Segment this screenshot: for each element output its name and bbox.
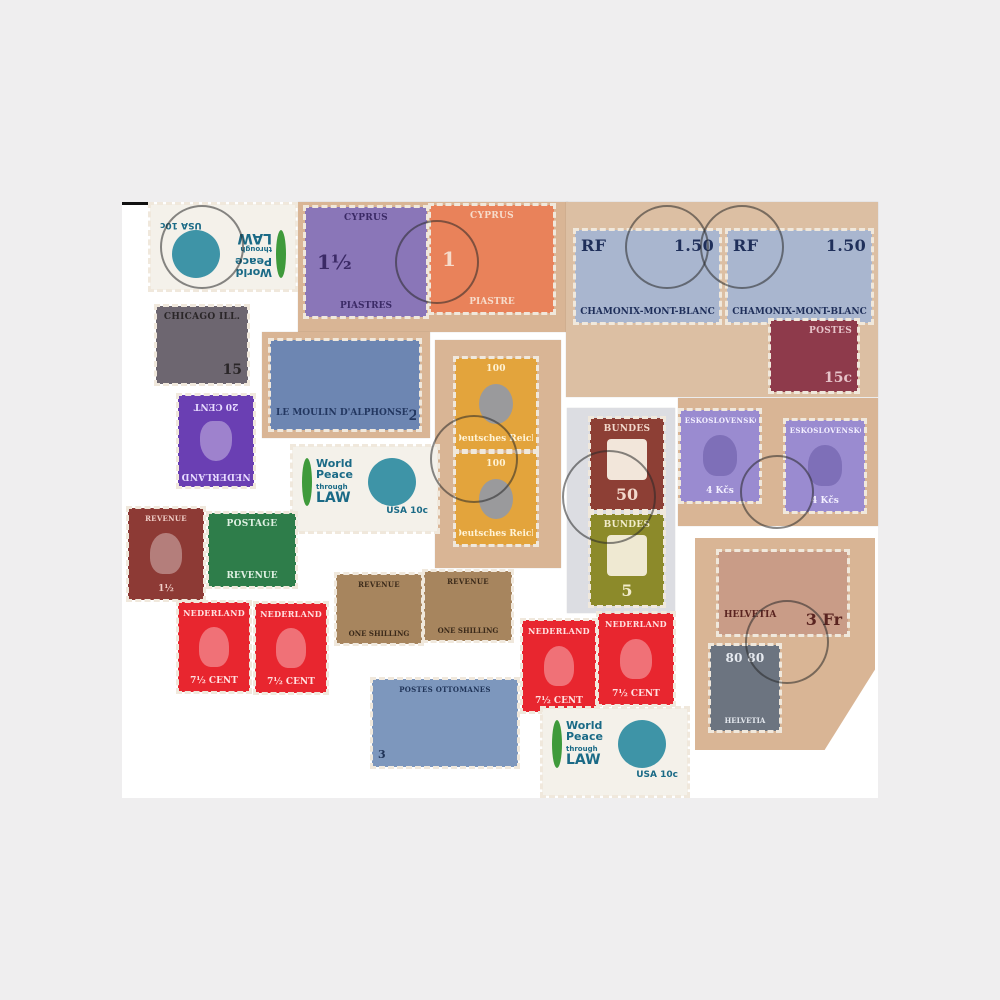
- stamp-country: RF: [581, 236, 606, 255]
- stamp-caption: LE MOULIN D'ALPHONSE: [276, 408, 408, 424]
- stamp-value: USA 10c: [636, 770, 678, 780]
- wp-line4: LAW: [237, 230, 272, 246]
- stamp-value: USA 10c: [386, 506, 428, 516]
- stamp-value: 2: [408, 408, 418, 424]
- soldier-portrait: [808, 445, 841, 485]
- olive-branch-icon: [302, 458, 312, 506]
- stamp-country: Deutsches Reich: [455, 529, 537, 541]
- stamp-cyprus-1-5: CYPRUS 1½ PIASTRES: [305, 207, 427, 317]
- stamp-country: BUNDES: [602, 422, 653, 434]
- stamp-turkey-3: POSTES OTTOMANES 3: [372, 679, 518, 767]
- stamp-helvetia-3fr: HELVETIA3 Fr: [718, 551, 848, 635]
- queen-portrait: [620, 639, 651, 679]
- wp-line4: LAW: [316, 490, 351, 506]
- stamp-value: ONE SHILLING: [347, 629, 412, 640]
- stamp-country: NEDERLAND: [179, 471, 252, 483]
- olive-branch-icon: [552, 720, 562, 768]
- stamp-nederland-7-5-4: NEDERLAND 7½ CENT: [598, 613, 674, 705]
- stamp-caption: POSTES OTTOMANES: [397, 683, 493, 694]
- stamp-denomination: PIASTRES: [338, 301, 394, 313]
- stamp-caption: REVENUE: [356, 578, 402, 589]
- sheet-edge-shadow: [122, 202, 152, 205]
- stamp-value: 7½ CENT: [610, 689, 662, 701]
- stamp-value: 3: [376, 748, 388, 763]
- stamp-value: 1.50: [674, 236, 714, 255]
- stamp-text: WorldPeacethroughLAW: [566, 720, 603, 766]
- stamp-usa-world-peace-1: WorldPeacethroughLAW USA 10c: [150, 204, 296, 290]
- stamp-germany-hindenburg-2: 100 Deutsches Reich: [455, 453, 537, 545]
- stamp-value: 1½: [156, 584, 176, 596]
- stamp-country: ČESKOSLOVENSKO: [680, 414, 760, 425]
- stamp-country: NEDERLAND: [526, 624, 592, 636]
- stamp-country: RF: [733, 236, 758, 255]
- stamp-value: 3 Fr: [806, 610, 842, 629]
- wp-line2: Peace: [316, 468, 353, 481]
- stamp-country: HELVETIA: [723, 716, 768, 727]
- stamp-value: 50: [614, 485, 640, 506]
- stamp-denomination: PIASTRE: [467, 297, 517, 309]
- stamp-value: 4 Kčs: [704, 486, 736, 498]
- stamp-caption: REVENUE: [143, 512, 189, 523]
- stamp-france-chamonix-1: RF1.50 CHAMONIX-MONT-BLANC: [575, 230, 720, 323]
- globe-icon: [172, 230, 220, 278]
- globe-icon: [368, 458, 416, 506]
- stamp-bundes-50: BUNDES 50: [590, 418, 664, 510]
- stamp-helvetia-80: 80 80 HELVETIA: [710, 645, 780, 731]
- stamp-gb-revenue-shilling-2: REVENUE ONE SHILLING: [424, 571, 512, 641]
- stamp-gb-postage-0-5: POSTAGE REVENUE: [208, 513, 296, 587]
- stamp-france-semeuse: POSTES 15c: [770, 320, 858, 392]
- stamp-france-chamonix-2: RF1.50 CHAMONIX-MONT-BLANC: [727, 230, 872, 323]
- queen-portrait: [200, 421, 231, 461]
- stamp-value: 100: [484, 457, 508, 469]
- stamp-value: 7½ CENT: [265, 677, 317, 689]
- stamp-country: POSTES: [807, 324, 854, 336]
- stamp-france-moulin: LE MOULIN D'ALPHONSE2: [270, 340, 420, 430]
- soldier-portrait: [703, 435, 736, 475]
- stamp-country: NEDERLAND: [603, 617, 669, 629]
- stamp-caption: POSTAGE: [225, 517, 280, 529]
- stamp-nederland-20: NEDERLAND 20 CENT: [178, 395, 254, 487]
- stamp-value: USA 10c: [160, 220, 202, 230]
- stamp-cs-4kc-2: ČESKOSLOVENSKO 4 Kčs: [785, 420, 865, 512]
- stamp-precancel: CHICAGO ILL.: [162, 310, 242, 322]
- stamp-cs-4kc-1: ČESKOSLOVENSKO 4 Kčs: [680, 410, 760, 502]
- globe-icon: [618, 720, 666, 768]
- stamp-caption: REVENUE: [224, 571, 279, 583]
- stamp-cyprus-1: CYPRUS 1 PIASTRE: [430, 205, 554, 313]
- stamp-value: 7½ CENT: [188, 676, 240, 688]
- stamp-value: 5: [619, 581, 634, 602]
- stamp-value: 1½: [317, 250, 352, 274]
- stamp-nederland-7-5-3: NEDERLAND 7½ CENT: [522, 620, 596, 712]
- stamp-value: 100: [484, 362, 508, 374]
- wp-line4: LAW: [566, 752, 601, 768]
- stamp-caption: REVENUE: [445, 575, 491, 586]
- stamp-value: 4 Kčs: [809, 496, 841, 508]
- stamp-value: 1: [442, 247, 456, 271]
- portrait: [607, 535, 647, 575]
- stamp-nederland-7-5-2: NEDERLAND 7½ CENT: [255, 603, 327, 693]
- stamp-country: ČESKOSLOVENSKO: [785, 424, 865, 435]
- stamp-country: CYPRUS: [468, 209, 516, 221]
- coin-portrait: [479, 479, 513, 519]
- olive-branch-icon: [276, 230, 286, 278]
- wp-line2: Peace: [235, 255, 272, 268]
- queen-portrait: [544, 646, 574, 686]
- stamp-nederland-7-5-1: NEDERLAND 7½ CENT: [178, 602, 250, 692]
- stamp-value: 1.50: [826, 236, 866, 255]
- stamp-value: 20 CENT: [192, 399, 241, 411]
- stamp-usa-world-peace-3: WorldPeacethroughLAW USA 10c: [542, 708, 688, 796]
- queen-portrait: [276, 628, 305, 667]
- stamp-bundes-5: BUNDES 5: [590, 514, 664, 606]
- stamp-gb-revenue-shilling-1: REVENUE ONE SHILLING: [336, 574, 422, 644]
- stamp-country: Deutsches Reich: [455, 434, 537, 446]
- stamp-gb-postage-1-5: REVENUE 1½: [128, 508, 204, 600]
- stamp-text: WorldPeacethroughLAW: [316, 458, 353, 504]
- stamp-country: HELVETIA: [724, 610, 776, 629]
- stamp-country: CYPRUS: [342, 211, 390, 223]
- stamp-value: 7½ CENT: [533, 696, 585, 708]
- stamp-value: 80 80: [723, 649, 766, 665]
- king-portrait: [150, 533, 181, 573]
- stamp-value: 15c: [822, 370, 854, 388]
- stamp-text: WorldPeacethroughLAW: [235, 232, 272, 278]
- stamp-value: ONE SHILLING: [436, 626, 501, 637]
- portrait: [607, 439, 647, 479]
- queen-portrait: [199, 627, 228, 666]
- stamp-country: NEDERLAND: [181, 606, 247, 618]
- stamp-value: 15: [221, 362, 244, 380]
- coin-portrait: [479, 384, 513, 424]
- stamp-country: NEDERLAND: [258, 607, 324, 619]
- wp-line2: Peace: [566, 730, 603, 743]
- stamp-country: BUNDES: [602, 518, 653, 530]
- stamp-usa-chicago-15: CHICAGO ILL. 15: [156, 306, 248, 384]
- stamp-usa-world-peace-2: WorldPeacethroughLAW USA 10c: [292, 446, 438, 532]
- wp-line3: through: [240, 245, 272, 253]
- stamp-germany-hindenburg-1: 100 Deutsches Reich: [455, 358, 537, 450]
- stamp-caption: CHAMONIX-MONT-BLANC: [578, 307, 717, 319]
- stamp-caption: CHAMONIX-MONT-BLANC: [730, 307, 869, 319]
